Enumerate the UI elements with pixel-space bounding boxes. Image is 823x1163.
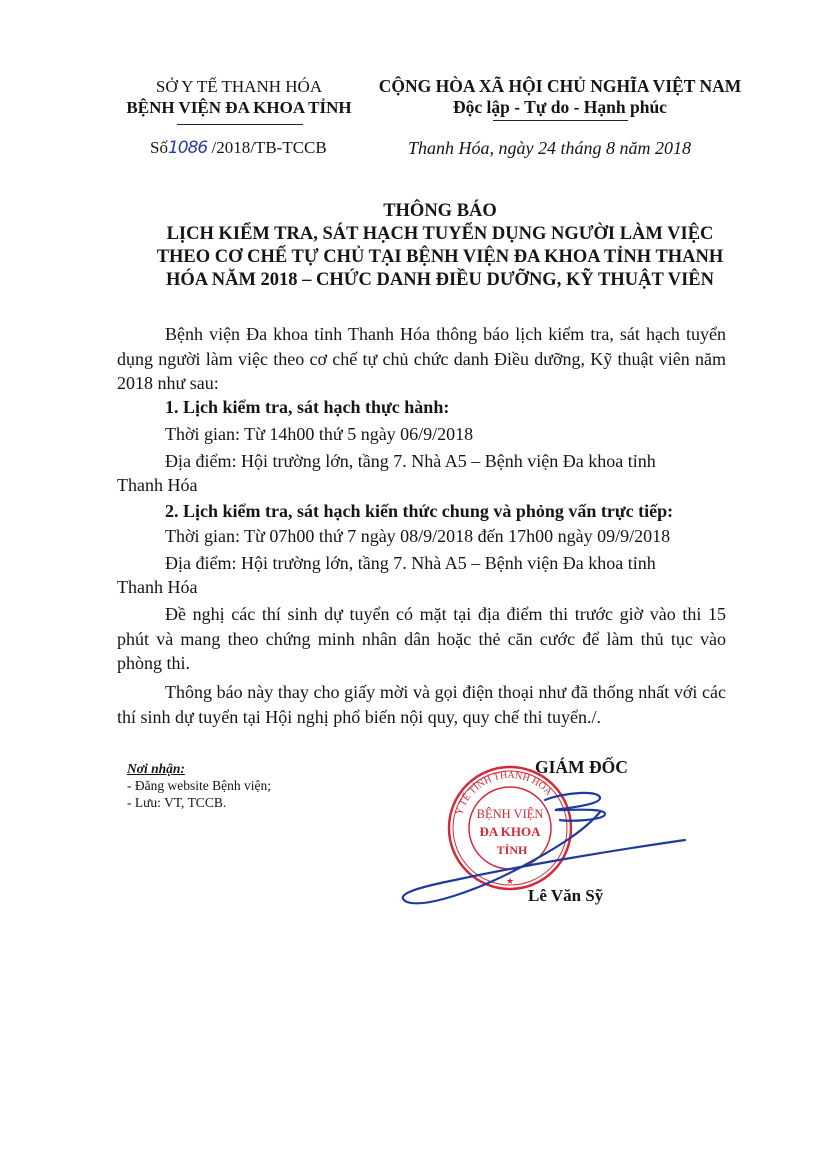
document-title: THÔNG BÁO LỊCH KIỂM TRA, SÁT HẠCH TUYỂN …	[150, 200, 730, 292]
closing-paragraph: Thông báo này thay cho giấy mời và gọi đ…	[117, 680, 726, 729]
national-header: CỘNG HÒA XÃ HỘI CHỦ NGHĨA VIỆT NAM Độc l…	[370, 76, 750, 118]
handwritten-number: 1086	[168, 138, 207, 158]
handwritten-signature	[395, 780, 695, 910]
right-header-divider	[493, 120, 628, 121]
national-motto: Độc lập - Tự do - Hạnh phúc	[370, 97, 750, 118]
parent-agency: SỞ Y TẾ THANH HÓA	[108, 76, 370, 97]
country-name: CỘNG HÒA XÃ HỘI CHỦ NGHĨA VIỆT NAM	[370, 76, 750, 97]
document-date: Thanh Hóa, ngày 24 tháng 8 năm 2018	[408, 138, 691, 159]
recipients-block: Nơi nhận: - Đăng website Bệnh viện; - Lư…	[127, 760, 271, 811]
document-number: Số1086 /2018/TB-TCCB	[150, 138, 327, 158]
request-paragraph: Đề nghị các thí sinh dự tuyển có mặt tại…	[117, 602, 726, 676]
section1-place: Địa điểm: Hội trường lớn, tầng 7. Nhà A5…	[165, 451, 656, 472]
issuing-organization: SỞ Y TẾ THANH HÓA BỆNH VIỆN ĐA KHOA TỈNH	[108, 76, 370, 118]
section1-time: Thời gian: Từ 14h00 thứ 5 ngày 06/9/2018	[165, 424, 473, 445]
recipient-item: - Lưu: VT, TCCB.	[127, 794, 271, 811]
section2-place-cont: Thanh Hóa	[117, 577, 197, 598]
recipients-heading: Nơi nhận:	[127, 760, 271, 777]
left-header-divider	[177, 124, 303, 125]
section1-heading: 1. Lịch kiểm tra, sát hạch thực hành:	[165, 397, 449, 418]
section2-place: Địa điểm: Hội trường lớn, tầng 7. Nhà A5…	[165, 553, 656, 574]
signatory-title: GIÁM ĐỐC	[535, 757, 628, 778]
intro-paragraph: Bệnh viện Đa khoa tỉnh Thanh Hóa thông b…	[117, 322, 726, 396]
section2-time: Thời gian: Từ 07h00 thứ 7 ngày 08/9/2018…	[165, 526, 670, 547]
recipient-item: - Đăng website Bệnh viện;	[127, 777, 271, 794]
section1-place-cont: Thanh Hóa	[117, 475, 197, 496]
hospital-name: BỆNH VIỆN ĐA KHOA TỈNH	[108, 97, 370, 118]
section2-heading: 2. Lịch kiểm tra, sát hạch kiến thức chu…	[165, 501, 673, 522]
